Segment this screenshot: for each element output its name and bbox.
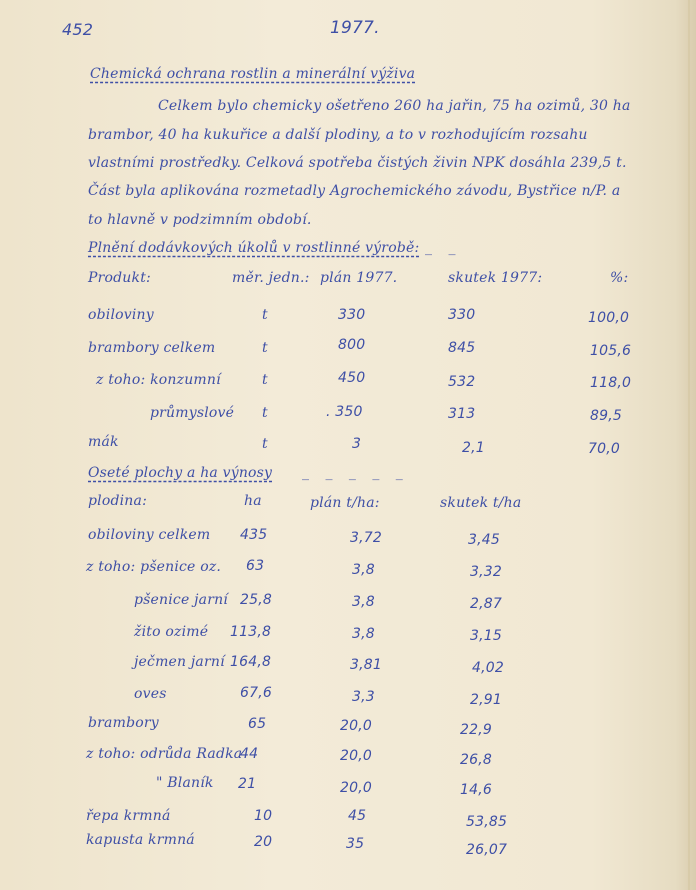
cell-crop: oves (134, 686, 167, 702)
cell-product: z toho: konzumní (96, 372, 221, 388)
col-header-ha: ha (244, 493, 262, 509)
cell-ha: 113,8 (230, 624, 271, 640)
cell-unit: t (262, 372, 268, 388)
paragraph-line: vlastními prostředky. Celková spotřeba č… (88, 155, 627, 171)
cell-crop: řepa krmná (86, 808, 171, 824)
cell-unit: t (262, 307, 268, 323)
cell-ha: 63 (246, 558, 264, 574)
cell-plan: 450 (338, 370, 365, 386)
col-header-actual-yield: skutek t/ha (440, 495, 521, 511)
cell-plan-yield: 45 (348, 808, 366, 824)
cell-ha: 21 (238, 776, 256, 792)
cell-plan: 3 (352, 436, 361, 452)
paragraph-line: Část byla aplikována rozmetadly Agrochem… (88, 183, 620, 199)
cell-actual-yield: 53,85 (466, 814, 507, 830)
cell-ha: 435 (240, 527, 267, 543)
cell-product: obiloviny (88, 307, 154, 323)
col-header-unit: měr. jedn.: (232, 270, 310, 286)
cell-ha: 10 (254, 808, 272, 824)
cell-crop: obiloviny celkem (88, 527, 210, 543)
cell-actual-yield: 26,07 (466, 842, 507, 858)
col-header-percent: %: (610, 270, 628, 286)
cell-crop: kapusta krmná (86, 832, 195, 848)
cell-percent: 100,0 (588, 310, 629, 326)
cell-actual-yield: 14,6 (460, 782, 492, 798)
cell-percent: 105,6 (590, 343, 631, 359)
cell-product: mák (88, 434, 119, 450)
cell-crop: z toho: pšenice oz. (86, 559, 221, 575)
cell-actual: 532 (448, 374, 475, 390)
cell-unit: t (262, 436, 268, 452)
page-number: 452 (62, 20, 93, 39)
ledger-page: 452 1977. Chemická ochrana rostlin a min… (0, 0, 696, 890)
cell-crop: ječmen jarní (134, 654, 225, 670)
cell-crop: žito ozimé (134, 624, 208, 640)
cell-plan-yield: 20,0 (340, 780, 372, 796)
section-title-sown-areas: Oseté plochy a ha výnosy (88, 465, 272, 481)
section-title-delivery-tasks: Plnění dodávkových úkolů v rostlinné výr… (88, 240, 419, 256)
cell-actual-yield: 3,32 (470, 564, 502, 580)
cell-unit: t (262, 405, 268, 421)
cell-actual: 845 (448, 340, 475, 356)
cell-plan: 800 (338, 337, 365, 353)
section-title-chemical-protection: Chemická ochrana rostlin a minerální výž… (90, 66, 415, 82)
col-header-product: Produkt: (88, 270, 151, 286)
cell-actual-yield: 3,15 (470, 628, 502, 644)
cell-unit: t (262, 340, 268, 356)
cell-ha: 164,8 (230, 654, 271, 670)
title-dashes: _ _ _ _ _ (302, 465, 409, 481)
cell-percent: 70,0 (588, 441, 620, 457)
cell-plan-yield: 35 (346, 836, 364, 852)
cell-plan-yield: 20,0 (340, 748, 372, 764)
paragraph-line: brambor, 40 ha kukuřice a další plodiny,… (88, 127, 588, 143)
cell-actual-yield: 22,9 (460, 722, 492, 738)
cell-actual-yield: 3,45 (468, 532, 500, 548)
cell-ha: 67,6 (240, 685, 272, 701)
cell-actual-yield: 2,87 (470, 596, 502, 612)
cell-ha: 65 (248, 716, 266, 732)
cell-ha: 44 (240, 746, 258, 762)
col-header-crop: plodina: (88, 493, 147, 509)
cell-plan-yield: 3,81 (350, 657, 382, 673)
cell-plan-yield: 3,8 (352, 594, 375, 610)
cell-actual: 313 (448, 406, 475, 422)
cell-actual-yield: 26,8 (460, 752, 492, 768)
cell-plan-yield: 3,8 (352, 562, 375, 578)
cell-crop: brambory (88, 715, 159, 731)
cell-actual-yield: 4,02 (472, 660, 504, 676)
cell-actual-yield: 2,91 (470, 692, 502, 708)
cell-plan-yield: 20,0 (340, 718, 372, 734)
cell-crop: z toho: odrůda Radka (86, 746, 242, 762)
cell-actual: 2,1 (462, 440, 485, 456)
cell-plan-yield: 3,72 (350, 530, 382, 546)
page-year: 1977. (330, 18, 380, 38)
cell-plan-yield: 3,8 (352, 626, 375, 642)
col-header-actual: skutek 1977: (448, 270, 542, 286)
cell-actual: 330 (448, 307, 475, 323)
cell-ha: 25,8 (240, 592, 272, 608)
cell-plan-yield: 3,3 (352, 689, 375, 705)
cell-percent: 89,5 (590, 408, 622, 424)
cell-plan: 330 (338, 307, 365, 323)
cell-crop: " Blaník (156, 775, 214, 791)
cell-product: brambory celkem (88, 340, 215, 356)
cell-ha: 20 (254, 834, 272, 850)
cell-plan: . 350 (326, 404, 363, 420)
cell-percent: 118,0 (590, 375, 631, 391)
col-header-plan-yield: plán t/ha: (310, 495, 380, 511)
title-dashes: _ _ (425, 240, 461, 256)
cell-product: průmyslové (150, 405, 234, 421)
paragraph-line: Celkem bylo chemicky ošetřeno 260 ha jař… (158, 98, 631, 114)
paragraph-line: to hlavně v podzimním období. (88, 212, 312, 228)
col-header-plan: plán 1977. (320, 270, 397, 286)
cell-crop: pšenice jarní (134, 592, 228, 608)
